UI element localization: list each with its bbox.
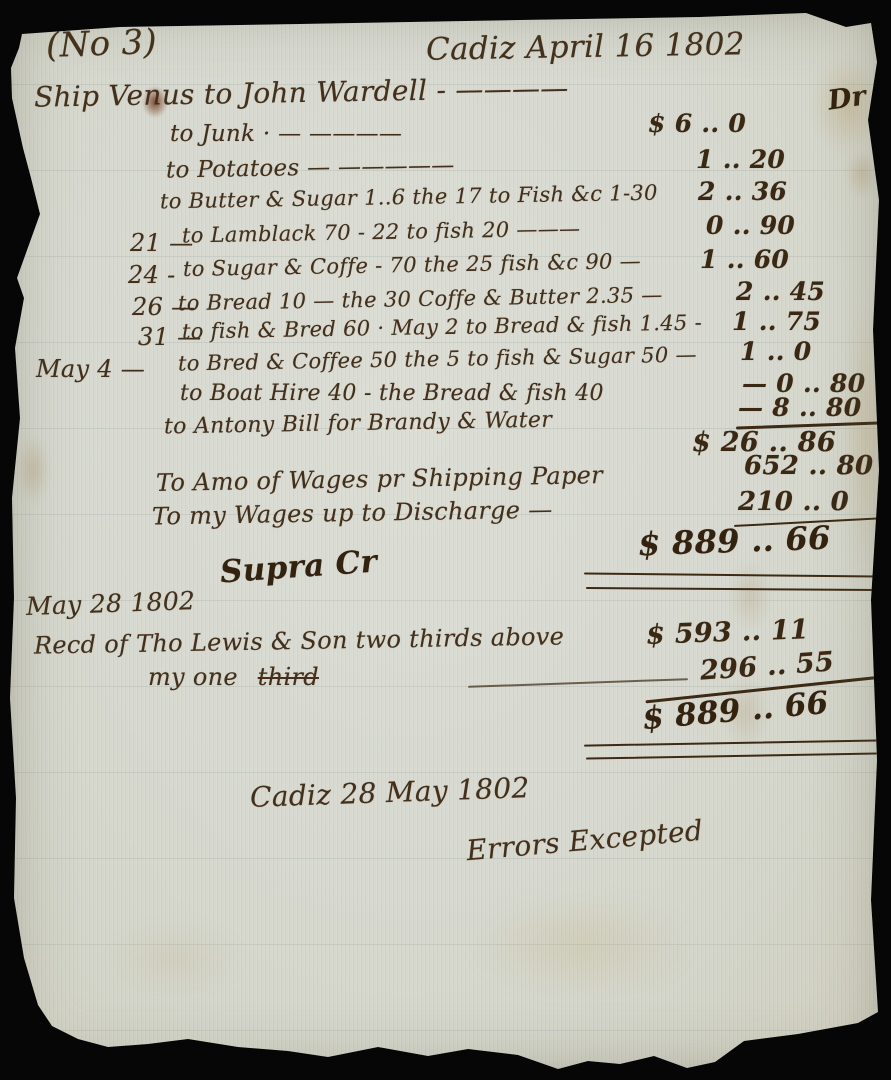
one-third-struck-word: third xyxy=(258,663,319,691)
footer-place-date: Cadiz 28 May 1802 xyxy=(250,773,531,814)
document-paper: (No 3) Cadiz April 16 1802 Ship Venus to… xyxy=(0,0,891,1080)
entry-day: 24 - xyxy=(128,262,175,288)
photo-background: (No 3) Cadiz April 16 1802 Ship Venus to… xyxy=(0,0,891,1080)
entry-text: to fish & Bred 60 · May 2 to Bread & fis… xyxy=(182,311,702,343)
stain xyxy=(842,300,890,570)
entry-amount: $ 6 .. 0 xyxy=(648,110,746,138)
wages-line-amount: 210 .. 0 xyxy=(738,488,849,517)
one-third-line: my one third xyxy=(148,664,319,690)
account-title: Ship Venus to John Wardell - ———— xyxy=(34,73,569,113)
debit-mark: Dr xyxy=(826,81,868,116)
entry-text: to Bread 10 — the 30 Coffe & Butter 2.35… xyxy=(178,284,663,316)
received-amount: $ 593 .. 11 xyxy=(646,615,810,650)
entry-text: to Sugar & Coffe - 70 the 25 fish &c 90 … xyxy=(183,250,641,281)
entry-amount: 1 .. 60 xyxy=(700,246,789,274)
entry-day: May 4 — xyxy=(36,356,145,382)
entry-amount: 1 .. 75 xyxy=(732,308,821,336)
entry-amount: 2 .. 45 xyxy=(736,278,825,306)
total-amount: $ 889 .. 66 xyxy=(637,521,831,563)
errors-excepted-note: Errors Excepted xyxy=(465,816,704,867)
wages-line-amount: 652 .. 80 xyxy=(744,452,873,481)
one-third-text: my one xyxy=(148,663,238,691)
double-rule xyxy=(586,587,878,591)
dash-rule xyxy=(468,678,688,688)
stain xyxy=(16,435,50,505)
stain xyxy=(470,895,690,995)
double-rule xyxy=(584,572,878,577)
wages-line-text: To Amo of Wages pr Shipping Paper xyxy=(156,462,603,496)
entry-text: to Junk · — ———— xyxy=(170,122,402,147)
entry-text: to Antony Bill for Brandy & Water xyxy=(164,409,552,440)
document-number: (No 3) xyxy=(45,24,157,65)
supra-credit-label: Supra Cr xyxy=(219,545,378,590)
entry-text: to Bred & Coffee 50 the 5 to fish & Suga… xyxy=(178,343,697,375)
one-third-amount: 296 .. 55 xyxy=(699,647,835,686)
entry-text: to Boat Hire 40 - the Bread & fish 40 xyxy=(180,382,604,406)
entry-amount: — 8 .. 80 xyxy=(738,394,861,422)
entry-amount: 0 .. 90 xyxy=(706,212,795,240)
credit-date: May 28 1802 xyxy=(26,587,196,620)
credit-total-amount: $ 889 .. 66 xyxy=(641,686,830,736)
double-rule xyxy=(586,752,880,759)
entry-text: to Butter & Sugar 1..6 the 17 to Fish &c… xyxy=(160,182,658,214)
wages-line-text: To my Wages up to Discharge — xyxy=(152,497,553,530)
entry-amount: 1 .. 0 xyxy=(740,338,811,366)
stain xyxy=(110,925,240,991)
received-line: Recd of Tho Lewis & Son two thirds above xyxy=(34,623,565,659)
entry-text: to Lamblack 70 - 22 to fish 20 ——— xyxy=(182,218,581,248)
entry-amount: 2 .. 36 xyxy=(698,178,787,206)
header-place-date: Cadiz April 16 1802 xyxy=(426,27,745,67)
stain xyxy=(845,150,879,198)
entry-text: to Potatoes — ————— xyxy=(166,153,455,183)
double-rule xyxy=(584,739,880,746)
entry-amount: 1 .. 20 xyxy=(696,146,785,174)
